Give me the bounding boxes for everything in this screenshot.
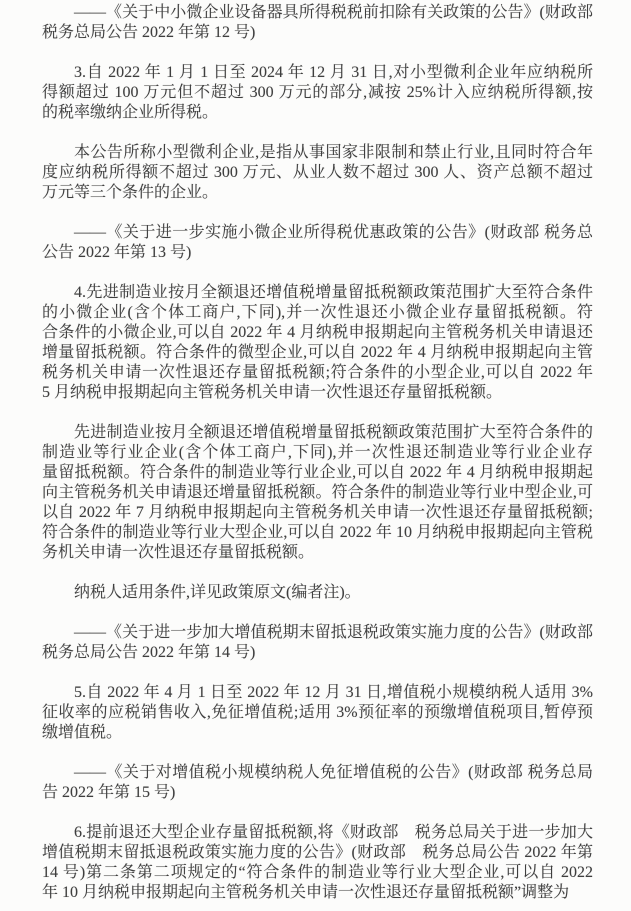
paragraph: 6.提前退还大型企业存量留抵税额,将《财政部 税务总局关于进一步加大增值税期末留…: [42, 823, 593, 903]
paragraph: 4.先进制造业按月全额退还增值税增量留抵税额政策范围扩大至符合条件的小微企业(含…: [42, 283, 593, 403]
paragraph: 先进制造业按月全额退还增值税增量留抵税额政策范围扩大至符合条件的制造业等行业企业…: [42, 423, 593, 563]
text-line: ——《关于进一步加大增值税期末留抵退税政策实施力度的公告》(财政部: [42, 623, 593, 643]
text-line: 务机关申请一次性退还存量留抵税额。: [42, 543, 593, 563]
text-line: 先进制造业按月全额退还增值税增量留抵税额政策范围扩大至符合条件的: [42, 423, 593, 443]
text-line: 年 10 月纳税申报期起向主管税务机关申请一次性退还存量留抵税额”调整为: [42, 883, 593, 903]
text-line: 5 月纳税申报期起向主管税务机关申请一次性退还存量留抵税额。: [42, 383, 593, 403]
text-line: 税务总局公告 2022 年第 12 号): [42, 23, 593, 43]
text-line: 万元等三个条件的企业。: [42, 183, 593, 203]
text-line: 3.自 2022 年 1 月 1 日至 2024 年 12 月 31 日,对小型…: [42, 63, 593, 83]
paragraph: 3.自 2022 年 1 月 1 日至 2024 年 12 月 31 日,对小型…: [42, 63, 593, 123]
paragraph: 纳税人适用条件,详见政策原文(编者注)。: [42, 583, 593, 603]
text-line: 增量留抵税额。符合条件的微型企业,可以自 2022 年 4 月纳税申报期起向主管: [42, 343, 593, 363]
document-body: ——《关于中小微企业设备器具所得税税前扣除有关政策的公告》(财政部税务总局公告 …: [42, 3, 593, 903]
text-line: 税务机关申请一次性退还存量留抵税额;符合条件的小型企业,可以自 2022 年: [42, 363, 593, 383]
paragraph: ——《关于进一步加大增值税期末留抵退税政策实施力度的公告》(财政部税务总局公告 …: [42, 623, 593, 663]
text-line: 向主管税务机关申请退还增量留抵税额。符合条件的制造业等行业中型企业,可: [42, 483, 593, 503]
text-line: 制造业等行业企业(含个体工商户,下同),并一次性退还制造业等行业企业存: [42, 443, 593, 463]
text-line: ——《关于进一步实施小微企业所得税优惠政策的公告》(财政部 税务总局: [42, 223, 593, 243]
text-line: 增值税期末留抵退税政策实施力度的公告》(财政部 税务总局公告 2022 年第: [42, 843, 593, 863]
text-line: 6.提前退还大型企业存量留抵税额,将《财政部 税务总局关于进一步加大: [42, 823, 593, 843]
paragraph: ——《关于中小微企业设备器具所得税税前扣除有关政策的公告》(财政部税务总局公告 …: [42, 3, 593, 43]
text-line: 征收率的应税销售收入,免征增值税;适用 3%预征率的预缴增值税项目,暂停预: [42, 703, 593, 723]
paragraph: ——《关于对增值税小规模纳税人免征增值税的公告》(财政部 税务总局公告 2022…: [42, 763, 593, 803]
text-line: 本公告所称小型微利企业,是指从事国家非限制和禁止行业,且同时符合年: [42, 143, 593, 163]
text-line: 得额超过 100 万元但不超过 300 万元的部分,减按 25%计入应纳税所得额…: [42, 83, 593, 103]
text-line: 4.先进制造业按月全额退还增值税增量留抵税额政策范围扩大至符合条件: [42, 283, 593, 303]
paragraph: 5.自 2022 年 4 月 1 日至 2022 年 12 月 31 日,增值税…: [42, 683, 593, 743]
text-line: 量留抵税额。符合条件的制造业等行业企业,可以自 2022 年 4 月纳税申报期起: [42, 463, 593, 483]
text-line: 14 号)第二条第二项规定的“符合条件的制造业等行业大型企业,可以自 2022: [42, 863, 593, 883]
text-line: 的小微企业(含个体工商户,下同),并一次性退还小微企业存量留抵税额。符: [42, 303, 593, 323]
text-line: 告 2022 年第 15 号): [42, 783, 593, 803]
text-line: 的税率缴纳企业所得税。: [42, 103, 593, 123]
text-line: 合条件的小微企业,可以自 2022 年 4 月纳税申报期起向主管税务机关申请退还: [42, 323, 593, 343]
text-line: ——《关于对增值税小规模纳税人免征增值税的公告》(财政部 税务总局公: [42, 763, 593, 783]
text-line: 度应纳税所得额不超过 300 万元、从业人数不超过 300 人、资产总额不超过 …: [42, 163, 593, 183]
text-line: 符合条件的制造业等行业大型企业,可以自 2022 年 10 月纳税申报期起向主管…: [42, 523, 593, 543]
paragraph: 本公告所称小型微利企业,是指从事国家非限制和禁止行业,且同时符合年度应纳税所得额…: [42, 143, 593, 203]
text-line: 税务总局公告 2022 年第 14 号): [42, 643, 593, 663]
text-line: 以自 2022 年 7 月纳税申报期起向主管税务机关申请一次性退还存量留抵税额;: [42, 503, 593, 523]
text-line: 公告 2022 年第 13 号): [42, 243, 593, 263]
text-line: 纳税人适用条件,详见政策原文(编者注)。: [42, 583, 593, 603]
text-line: ——《关于中小微企业设备器具所得税税前扣除有关政策的公告》(财政部: [42, 3, 593, 23]
text-line: 缴增值税。: [42, 723, 593, 743]
document-page: ——《关于中小微企业设备器具所得税税前扣除有关政策的公告》(财政部税务总局公告 …: [0, 0, 631, 911]
paragraph: ——《关于进一步实施小微企业所得税优惠政策的公告》(财政部 税务总局公告 202…: [42, 223, 593, 263]
text-line: 5.自 2022 年 4 月 1 日至 2022 年 12 月 31 日,增值税…: [42, 683, 593, 703]
